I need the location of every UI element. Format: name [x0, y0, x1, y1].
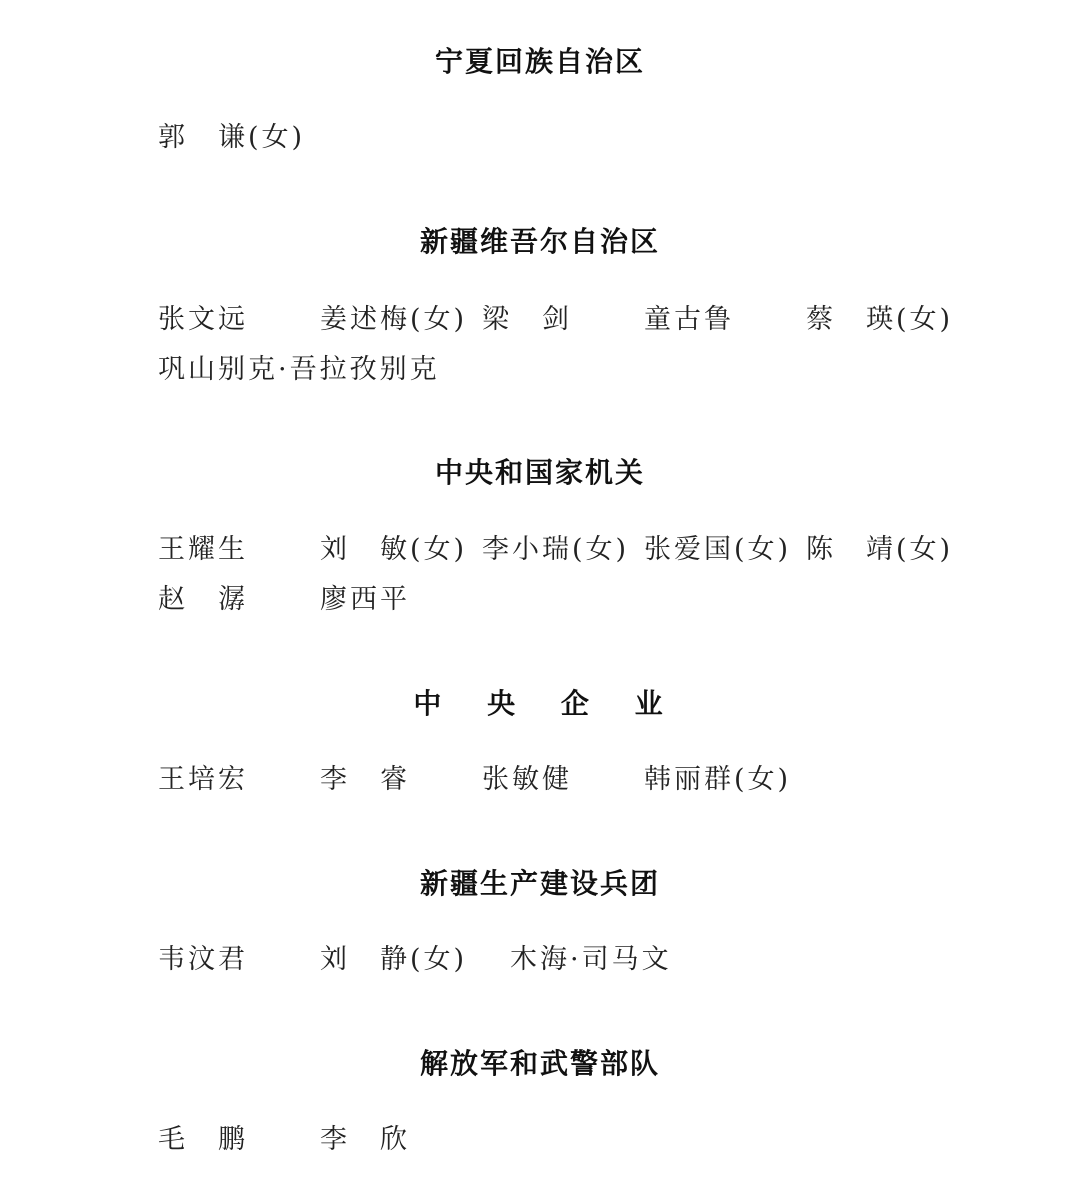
person-name: 童古鲁	[644, 300, 734, 340]
person-name: 李 欣	[320, 1120, 410, 1160]
person-name: 张文远	[158, 300, 248, 340]
person-name: 韩丽群(女)	[644, 760, 791, 800]
person-name: 刘 静(女)	[320, 940, 467, 980]
person-name: 李小瑞(女)	[482, 530, 629, 570]
person-name: 巩山别克·吾拉孜别克	[158, 350, 440, 390]
person-name: 刘 敏(女)	[320, 530, 467, 570]
person-name: 张敏健	[482, 760, 572, 800]
person-name: 张爱国(女)	[644, 530, 791, 570]
section-heading-central-enterprises: 中 央 企 业	[0, 684, 1080, 724]
person-name: 韦汶君	[158, 940, 248, 980]
person-name: 姜述梅(女)	[320, 300, 467, 340]
person-name: 毛 鹏	[158, 1120, 248, 1160]
section-heading-xinjiang: 新疆维吾尔自治区	[0, 222, 1080, 262]
person-name: 廖西平	[320, 580, 410, 620]
section-heading-pla: 解放军和武警部队	[0, 1044, 1080, 1084]
person-name: 赵 潺	[158, 580, 248, 620]
person-name: 王耀生	[158, 530, 248, 570]
section-heading-ningxia: 宁夏回族自治区	[0, 42, 1080, 82]
section-heading-central-government: 中央和国家机关	[0, 453, 1080, 493]
person-name: 陈 靖(女)	[806, 530, 953, 570]
person-name: 郭 谦(女)	[158, 118, 305, 158]
section-heading-xpcc: 新疆生产建设兵团	[0, 864, 1080, 904]
person-name: 王培宏	[158, 760, 248, 800]
person-name: 蔡 瑛(女)	[806, 300, 953, 340]
person-name: 木海·司马文	[510, 940, 672, 980]
person-name: 梁 剑	[482, 300, 572, 340]
person-name: 李 睿	[320, 760, 410, 800]
